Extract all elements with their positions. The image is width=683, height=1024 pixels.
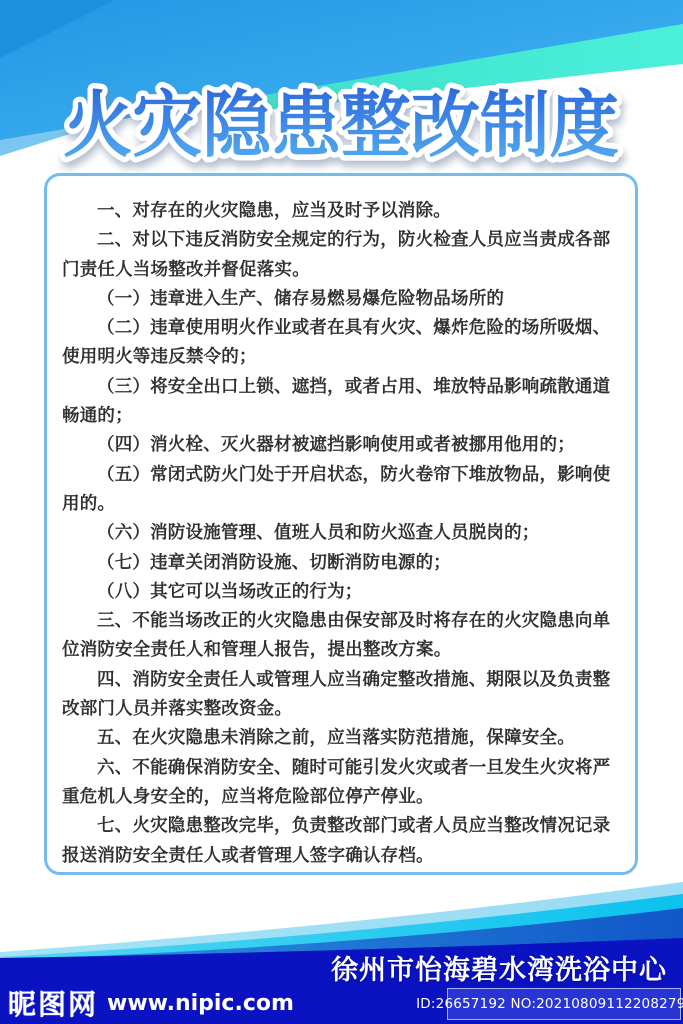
regulation-paragraph: 三、不能当场改正的火灾隐患由保安部及时将存在的火灾隐患向单位消防安全责任人和管理… (62, 607, 620, 666)
regulation-paragraph: （一）违章进入生产、储存易燃易爆危险物品场所的 (62, 285, 620, 314)
watermark-url: www.nipic.com (107, 991, 294, 1016)
regulation-paragraph: 二、对以下违反消防安全规定的行为，防火检查人员应当责成各部门责任人当场整改并督促… (62, 226, 620, 285)
regulations-list: 一、对存在的火灾隐患，应当及时予以消除。二、对以下违反消防安全规定的行为，防火检… (62, 197, 620, 875)
nipic-logo: 昵图网 (8, 983, 98, 1023)
regulation-paragraph: （二）违章使用明火作业或者在具有火灾、爆炸危险的场所吸烟、使用明火等违反禁令的； (62, 314, 620, 373)
page-title: 火灾隐患整改制度 (63, 83, 619, 167)
watermark: 昵图网 www.nipic.com (8, 986, 294, 1020)
poster-page: 火灾隐患整改制度 一、对存在的火灾隐患，应当及时予以消除。二、对以下违反消防安全… (0, 0, 683, 1024)
regulation-paragraph: 一、对存在的火灾隐患，应当及时予以消除。 (62, 197, 620, 226)
regulation-paragraph: （五）常闭式防火门处于开启状态，防火卷帘下堆放物品，影响使用的。 (62, 461, 620, 520)
regulation-paragraph: （四）消火栓、灭火器材被遮挡影响使用或者被挪用他用的； (62, 431, 620, 460)
regulation-paragraph: 四、消防安全责任人或管理人应当确定整改措施、期限以及负责整改部门人员并落实整改资… (62, 666, 620, 725)
regulation-paragraph: （八）其它可以当场改正的行为； (62, 578, 620, 607)
regulation-paragraph: （七）违章关闭消防设施、切断消防电源的； (62, 549, 620, 578)
regulation-paragraph: 六、不能确保消防安全、随时可能引发火灾或者一旦发生火灾将严重危机人身安全的，应当… (62, 754, 620, 813)
page-title-svg: 火灾隐患整改制度 (0, 52, 683, 182)
page-title-wrap: 火灾隐患整改制度 (0, 52, 683, 182)
company-name: 徐州市怡海碧水湾洗浴中心 (331, 948, 667, 987)
regulations-box: 一、对存在的火灾隐患，应当及时予以消除。二、对以下违反消防安全规定的行为，防火检… (44, 173, 638, 875)
regulation-paragraph: 五、在火灾隐患未消除之前，应当落实防范措施，保障安全。 (62, 724, 620, 753)
regulation-paragraph: （三）将安全出口上锁、遮挡，或者占用、堆放特品影响疏散通道畅通的； (62, 373, 620, 432)
regulation-paragraph: （六）消防设施管理、值班人员和防火巡查人员脱岗的； (62, 519, 620, 548)
image-id-badge: ID:26657192 NO:20210809112208279105 (447, 988, 681, 1020)
